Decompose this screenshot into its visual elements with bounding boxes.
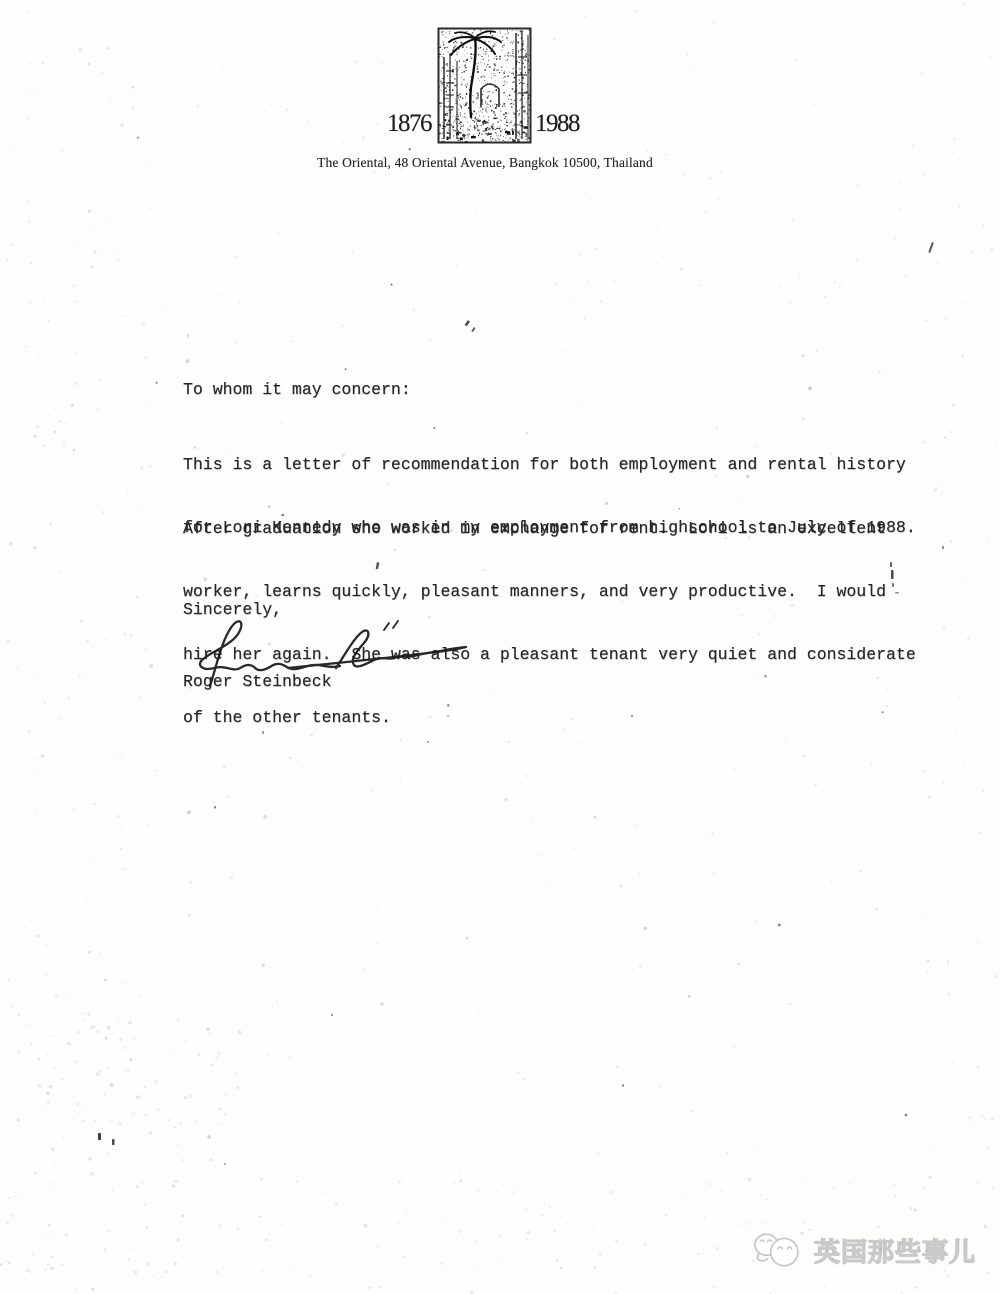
chat-mascot-icon xyxy=(752,1229,804,1271)
scanned-letter-page: 1876 1988 The Oriental, 48 Oriental Aven… xyxy=(0,0,1000,1294)
letterhead-address: The Oriental, 48 Oriental Avenue, Bangko… xyxy=(185,155,785,171)
paragraph-1-line-1: This is a letter of recommendation for b… xyxy=(183,454,916,475)
paragraph-2-line-2: worker, learns quickly, pleasant manners… xyxy=(183,581,916,602)
paragraph-2-line-1: After graduation she worked in exchange … xyxy=(183,518,916,539)
founding-year: 1876 xyxy=(387,110,431,138)
paragraph-2-line-4: of the other tenants. xyxy=(183,707,916,728)
watermark-text: 英国那些事儿 xyxy=(814,1232,976,1269)
salutation: To whom it may concern: xyxy=(183,379,411,400)
watermark: 英国那些事儿 xyxy=(752,1226,976,1274)
current-year: 1988 xyxy=(535,110,579,138)
signer-name: Roger Steinbeck xyxy=(183,671,332,692)
oriental-hotel-engraving-logo xyxy=(437,27,532,144)
